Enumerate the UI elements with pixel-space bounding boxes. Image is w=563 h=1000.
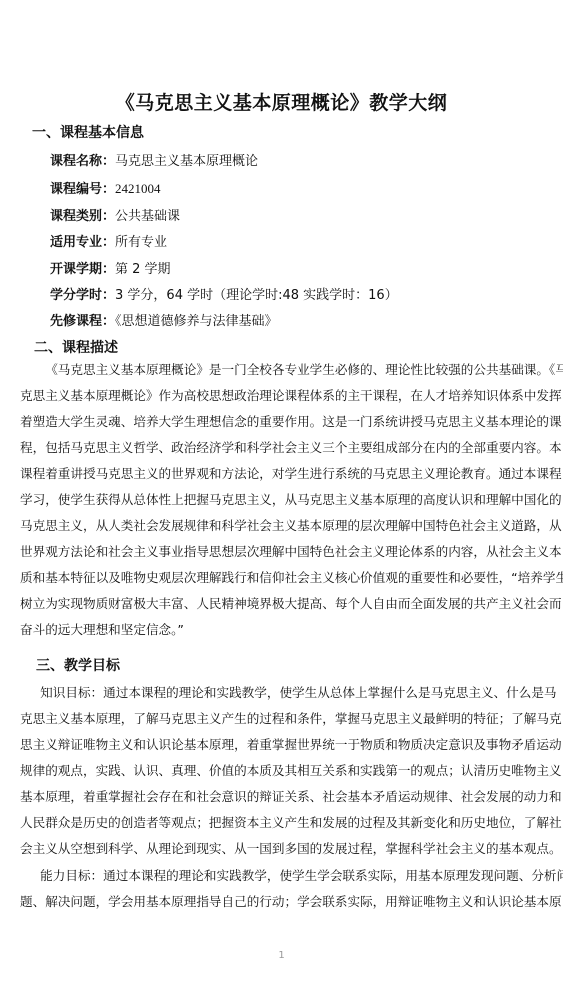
text-line: 马克思主义，从人类社会发展规律和科学社会主义基本原理的层次理解中国特色社会主义道… (20, 513, 545, 539)
info-value: 马克思主义基本原理概论 (115, 154, 258, 169)
info-label: 课程编号： (50, 182, 115, 197)
text-line: 克思主义基本原理概论》作为高校思想政治理论课程体系的主干课程，在人才培养知识体系… (20, 383, 545, 409)
info-label: 学分学时： (50, 288, 115, 303)
text-line: 程，包括马克思主义哲学、政治经济学和科学社会主义三个主要组成部分在内的全部重要内… (20, 435, 545, 461)
info-value: 2421004 (115, 181, 161, 196)
ability-objective-paragraph: 能力目标：通过本课程的理论和实践教学，使学生学会联系实际，用基本原理发现问题、分… (20, 863, 545, 915)
section-heading-basic-info: 一、课程基本信息 (32, 122, 144, 142)
section-heading-objectives: 三、教学目标 (36, 655, 120, 675)
info-label: 课程名称： (50, 154, 115, 169)
info-course-name: 课程名称：马克思主义基本原理概论 (50, 150, 258, 169)
info-value: 第 2 学期 (115, 262, 171, 277)
text-line: 能力目标：通过本课程的理论和实践教学，使学生学会联系实际，用基本原理发现问题、分… (20, 863, 545, 889)
info-value: 3 学分，64 学时（理论学时:48 实践学时：16） (115, 288, 398, 303)
document-page: 《马克思主义基本原理概论》教学大纲 一、课程基本信息 课程名称：马克思主义基本原… (0, 0, 563, 1000)
info-value: 所有专业 (115, 235, 167, 250)
text-line: 着塑造大学生灵魂、培养大学生理想信念的重要作用。这是一门系统讲授马克思主义基本理… (20, 409, 545, 435)
text-line: 题、解决问题，学会用基本原理指导自己的行动；学会联系实际，用辩证唯物主义和认识论… (20, 889, 545, 915)
text-line: 树立为实现物质财富极大丰富、人民精神境界极大提高、每个人自由而全面发展的共产主义… (20, 591, 545, 617)
text-line: 规律的观点，实践、认识、真理、价值的本质及其相互关系和实践第一的观点；认清历史唯… (20, 758, 545, 784)
section-heading-description: 二、课程描述 (34, 337, 118, 357)
text-line: 思主义辩证唯物主义和认识论基本原理，着重掌握世界统一于物质和物质决定意识及事物矛… (20, 732, 545, 758)
info-course-code: 课程编号：2421004 (50, 178, 161, 197)
text-line: 课程着重讲授马克思主义的世界观和方法论，对学生进行系统的马克思主义理论教育。通过… (20, 461, 545, 487)
text-line: 知识目标：通过本课程的理论和实践教学，使学生从总体上掌握什么是马克思主义、什么是… (20, 680, 545, 706)
text-line: 学习，使学生获得从总体性上把握马克思主义，从马克思主义基本原理的高度认识和理解中… (20, 487, 545, 513)
info-value: 公共基础课 (115, 209, 180, 224)
info-credits-hours: 学分学时：3 学分，64 学时（理论学时:48 实践学时：16） (50, 284, 398, 303)
text-line: 人民群众是历史的创造者等观点；把握资本主义产生和发展的过程及其新变化和历史地位，… (20, 810, 545, 836)
info-semester: 开课学期：第 2 学期 (50, 258, 171, 277)
info-course-category: 课程类别：公共基础课 (50, 205, 180, 224)
text-line: 世界观方法论和社会主义事业指导思想层次理解中国特色社会主义理论体系的内容，从社会… (20, 539, 545, 565)
info-prerequisite: 先修课程：《思想道德修养与法律基础》 (50, 310, 278, 329)
info-value: 《思想道德修养与法律基础》 (115, 314, 278, 329)
page-number: 1 (0, 950, 563, 961)
info-label: 适用专业： (50, 235, 115, 250)
course-description-paragraph: 《马克思主义基本原理概论》是一门全校各专业学生必修的、理论性比较强的公共基础课。… (20, 357, 545, 643)
info-applicable-major: 适用专业：所有专业 (50, 231, 167, 250)
info-label: 开课学期： (50, 262, 115, 277)
text-line: 质和基本特征以及唯物史观层次理解践行和信仰社会主义核心价值观的重要性和必要性，“… (20, 565, 545, 591)
text-line: 会主义从空想到科学、从理论到现实、从一国到多国的发展过程，掌握科学社会主义的基本… (20, 836, 545, 862)
text-line: 奋斗的远大理想和坚定信念。” (20, 617, 545, 643)
text-line: 克思主义基本原理，了解马克思主义产生的过程和条件，掌握马克思主义最鲜明的特征；了… (20, 706, 545, 732)
info-label: 课程类别： (50, 209, 115, 224)
text-line: 基本原理，着重掌握社会存在和社会意识的辩证关系、社会基本矛盾运动规律、社会发展的… (20, 784, 545, 810)
info-label: 先修课程： (50, 314, 115, 329)
knowledge-objective-paragraph: 知识目标：通过本课程的理论和实践教学，使学生从总体上掌握什么是马克思主义、什么是… (20, 680, 545, 862)
text-line: 《马克思主义基本原理概论》是一门全校各专业学生必修的、理论性比较强的公共基础课。… (20, 357, 545, 383)
document-title: 《马克思主义基本原理概论》教学大纲 (0, 88, 563, 115)
